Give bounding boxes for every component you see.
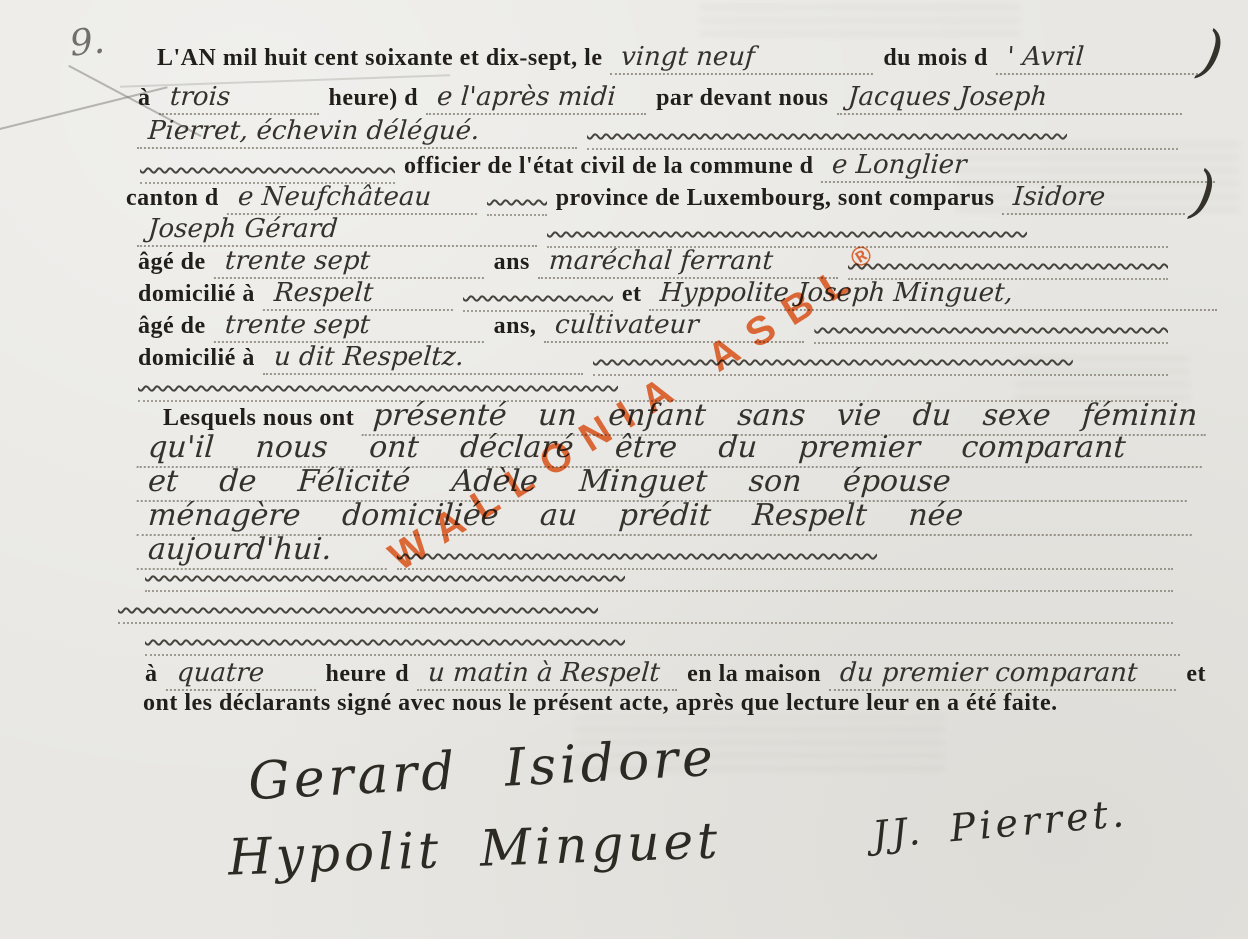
printed-domiciled-2: domicilié à xyxy=(138,345,255,372)
hw-statement4: ménagère domiciliée au prédit Respelt né… xyxy=(137,498,1195,536)
hw-day: vingt neuf xyxy=(610,42,875,75)
ink-filler-line xyxy=(140,160,395,184)
bleed-through-smudge xyxy=(700,0,1020,36)
ink-filler-line xyxy=(397,546,1173,570)
printed-and2: et xyxy=(1186,661,1206,688)
ink-filler-line xyxy=(848,256,1168,280)
printed-at2: à xyxy=(145,661,158,688)
printed-officer-of: officier de l'état civil de la commune d xyxy=(404,153,813,180)
printed-hour2: heure xyxy=(326,661,387,688)
printed-province: province de Luxembourg, sont comparus xyxy=(556,185,995,212)
hw-residence2: u dit Respeltz. xyxy=(263,342,585,375)
hw-commune: e Longlier xyxy=(821,150,1217,183)
hw-period: e l'après midi xyxy=(426,82,648,115)
hw-comparant2: Hyppolite Joseph Minguet, xyxy=(649,278,1219,311)
printed-and: et xyxy=(622,281,642,308)
hw-month: ' Avril xyxy=(996,42,1204,75)
hw-comparant1-first: Isidore xyxy=(1002,182,1187,215)
printed-before-us: par devant nous xyxy=(656,85,828,112)
signature-officer: JJ. Pierret. xyxy=(871,791,1130,857)
hw-officer-name2: Pierret, échevin délégué. xyxy=(137,116,579,149)
ink-filler-line xyxy=(587,126,1178,150)
printed-opening: L'AN mil huit cent soixante et dix-sept,… xyxy=(157,45,602,72)
printed-domiciled-1: domicilié à xyxy=(138,281,255,308)
hw-hour: trois xyxy=(158,82,320,115)
hw-statement5: aujourd'hui. xyxy=(137,532,390,570)
printed-years-1: ans xyxy=(494,249,530,276)
printed-in-the-house: en la maison xyxy=(687,661,821,688)
signature-declarant2: Hypolit Minguet xyxy=(227,811,722,886)
printed-aged-2: âgé de xyxy=(138,313,206,340)
printed-canton-prefix: canton d xyxy=(126,185,219,212)
ink-filler-line xyxy=(463,288,613,312)
hw-officer-name: Jacques Joseph xyxy=(836,82,1184,115)
printed-month-prefix: du mois d xyxy=(883,45,988,72)
hw-comparant1-rest: Joseph Gérard xyxy=(137,214,539,247)
civil-act-document: 9. L'AN mil huit cent soixante et dix-se… xyxy=(0,0,1248,939)
printed-at: à xyxy=(138,85,151,112)
ink-filler-line xyxy=(145,632,1180,656)
printed-years-2: ans, xyxy=(494,313,537,340)
ink-filler-line xyxy=(487,192,547,216)
signature-declarant1: Gerard Isidore xyxy=(247,728,718,812)
act-number: 9. xyxy=(68,20,106,64)
printed-d2: d xyxy=(395,661,409,688)
hw-statement3: et de Félicité Adèle Minguet son épouse xyxy=(137,464,1190,502)
printed-hour-suffix: heure) d xyxy=(329,85,419,112)
hw-residence1: Respelt xyxy=(263,278,455,311)
hw-age2: trente sept xyxy=(214,310,486,343)
hw-birth-house: du premier comparant xyxy=(829,658,1179,691)
ink-flourish: ) xyxy=(1194,17,1228,88)
hw-statement2: qu'il nous ont déclaré être du premier c… xyxy=(137,430,1205,468)
hw-birth-period: u matin à Respelt xyxy=(417,658,679,691)
printed-who-have: Lesquels nous ont xyxy=(163,405,354,432)
hw-age1: trente sept xyxy=(214,246,486,279)
printed-aged-1: âgé de xyxy=(138,249,206,276)
ink-filler-line xyxy=(145,568,1173,592)
printed-closing: ont les déclarants signé avec nous le pr… xyxy=(143,690,1058,717)
hw-occupation1: maréchal ferrant xyxy=(538,246,840,279)
ink-filler-line xyxy=(814,320,1168,344)
hw-birth-hour: quatre xyxy=(165,658,317,691)
ink-filler-line xyxy=(118,600,1173,624)
hw-canton: e Neufchâteau xyxy=(227,182,479,215)
